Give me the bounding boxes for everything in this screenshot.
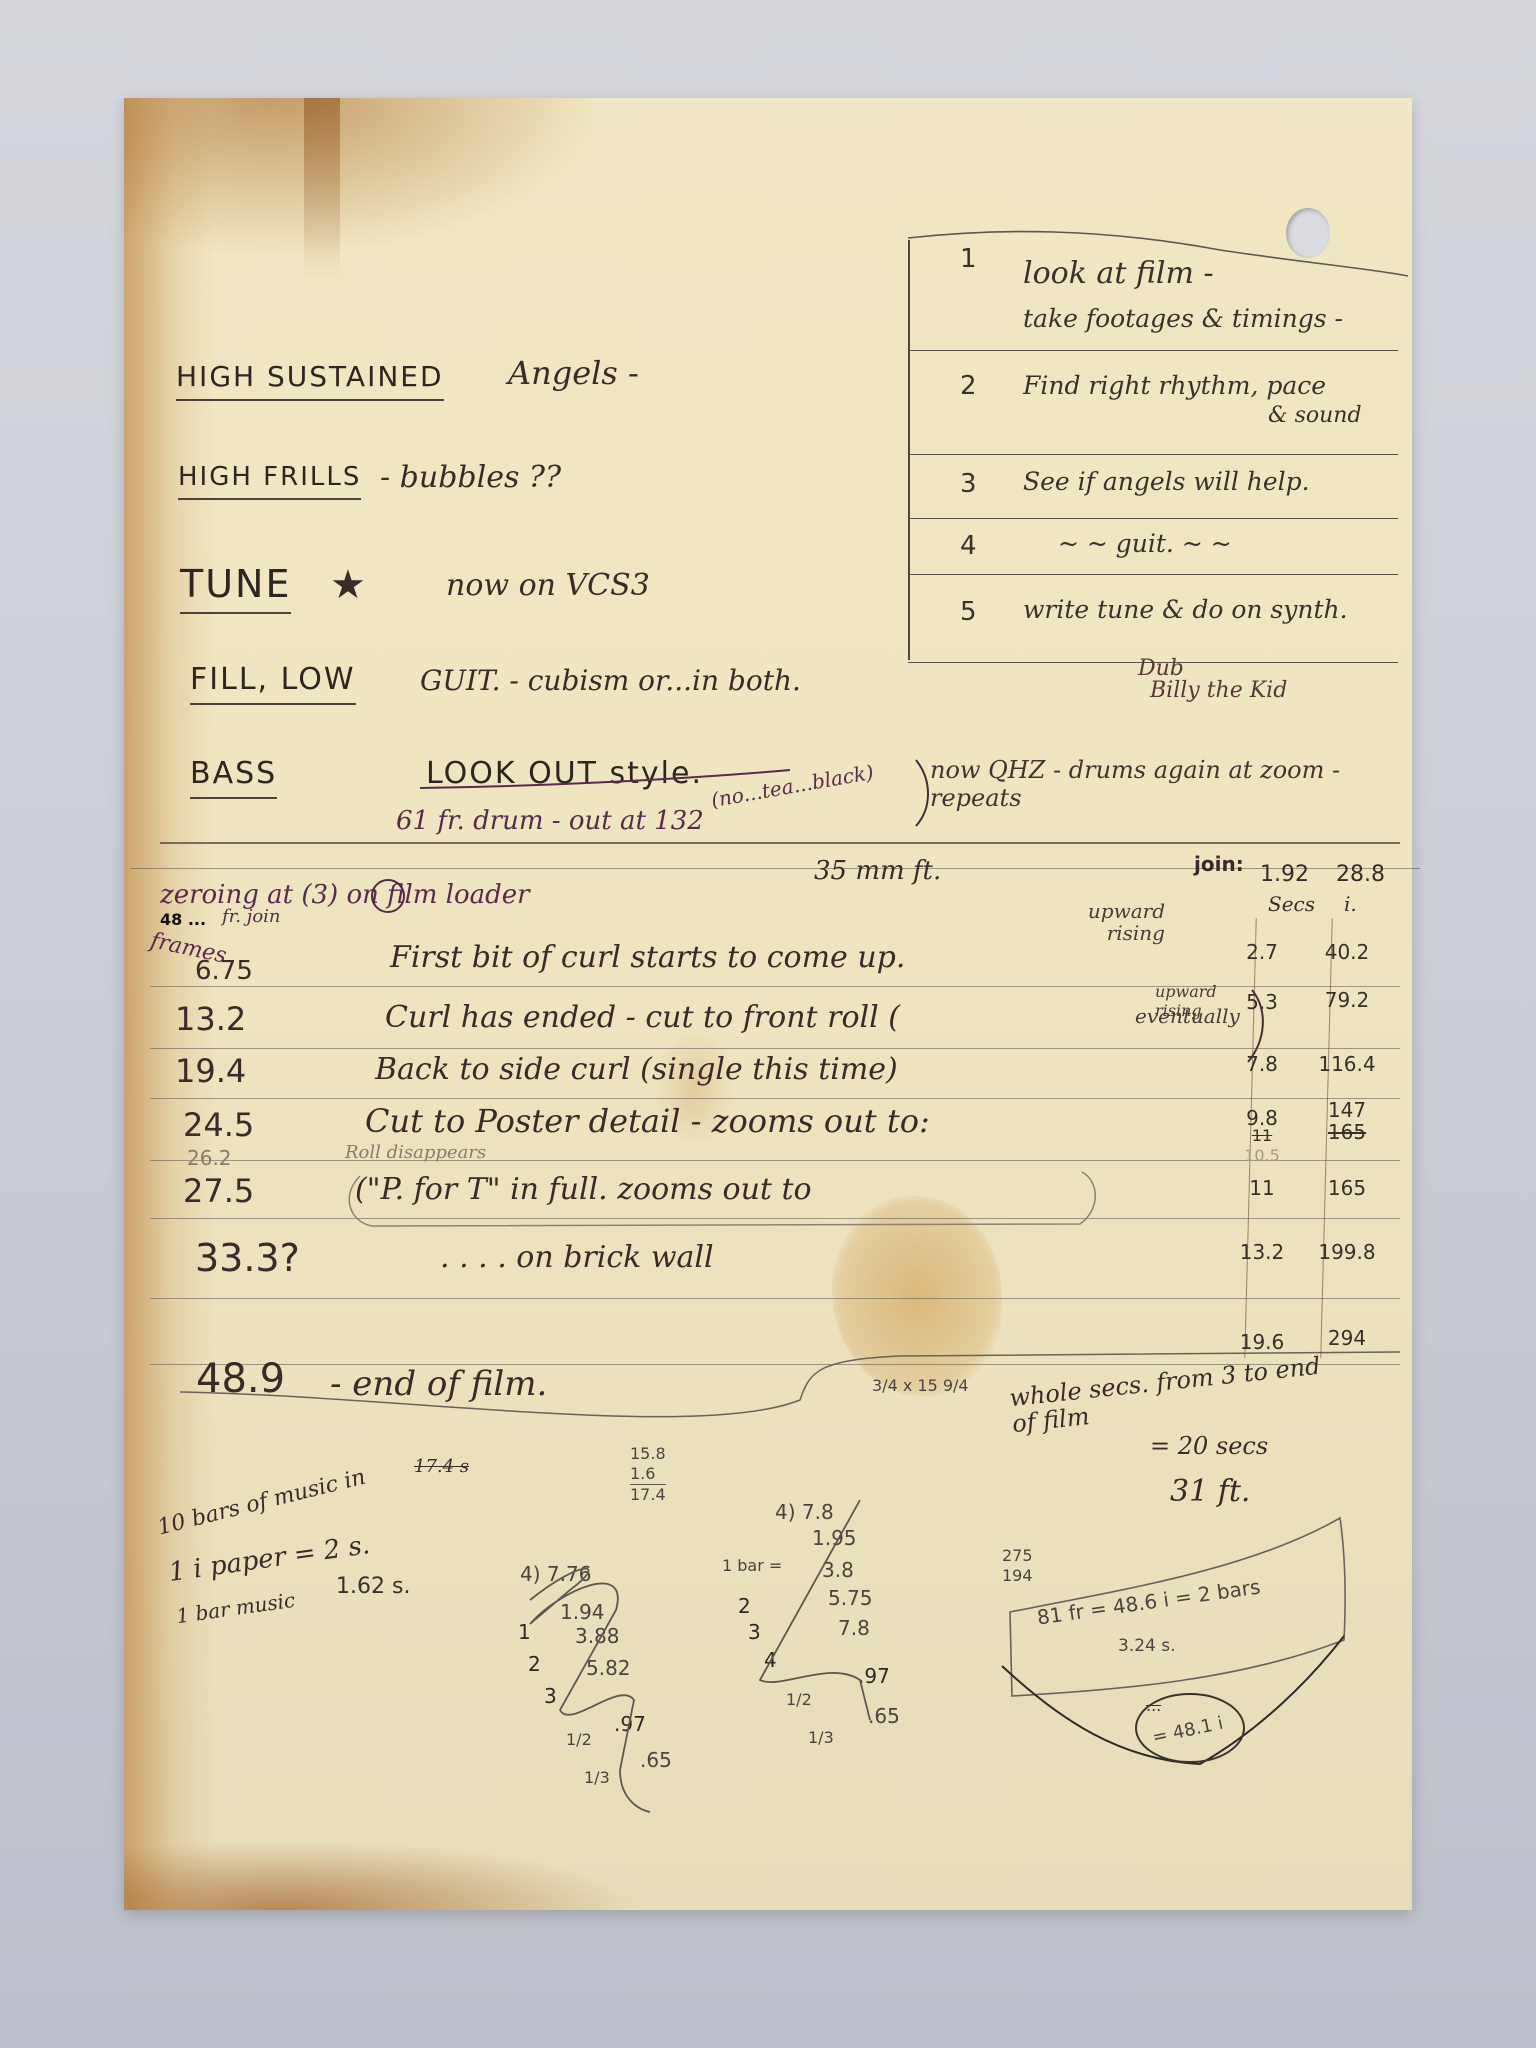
pencil-strokes — [0, 0, 1536, 2048]
